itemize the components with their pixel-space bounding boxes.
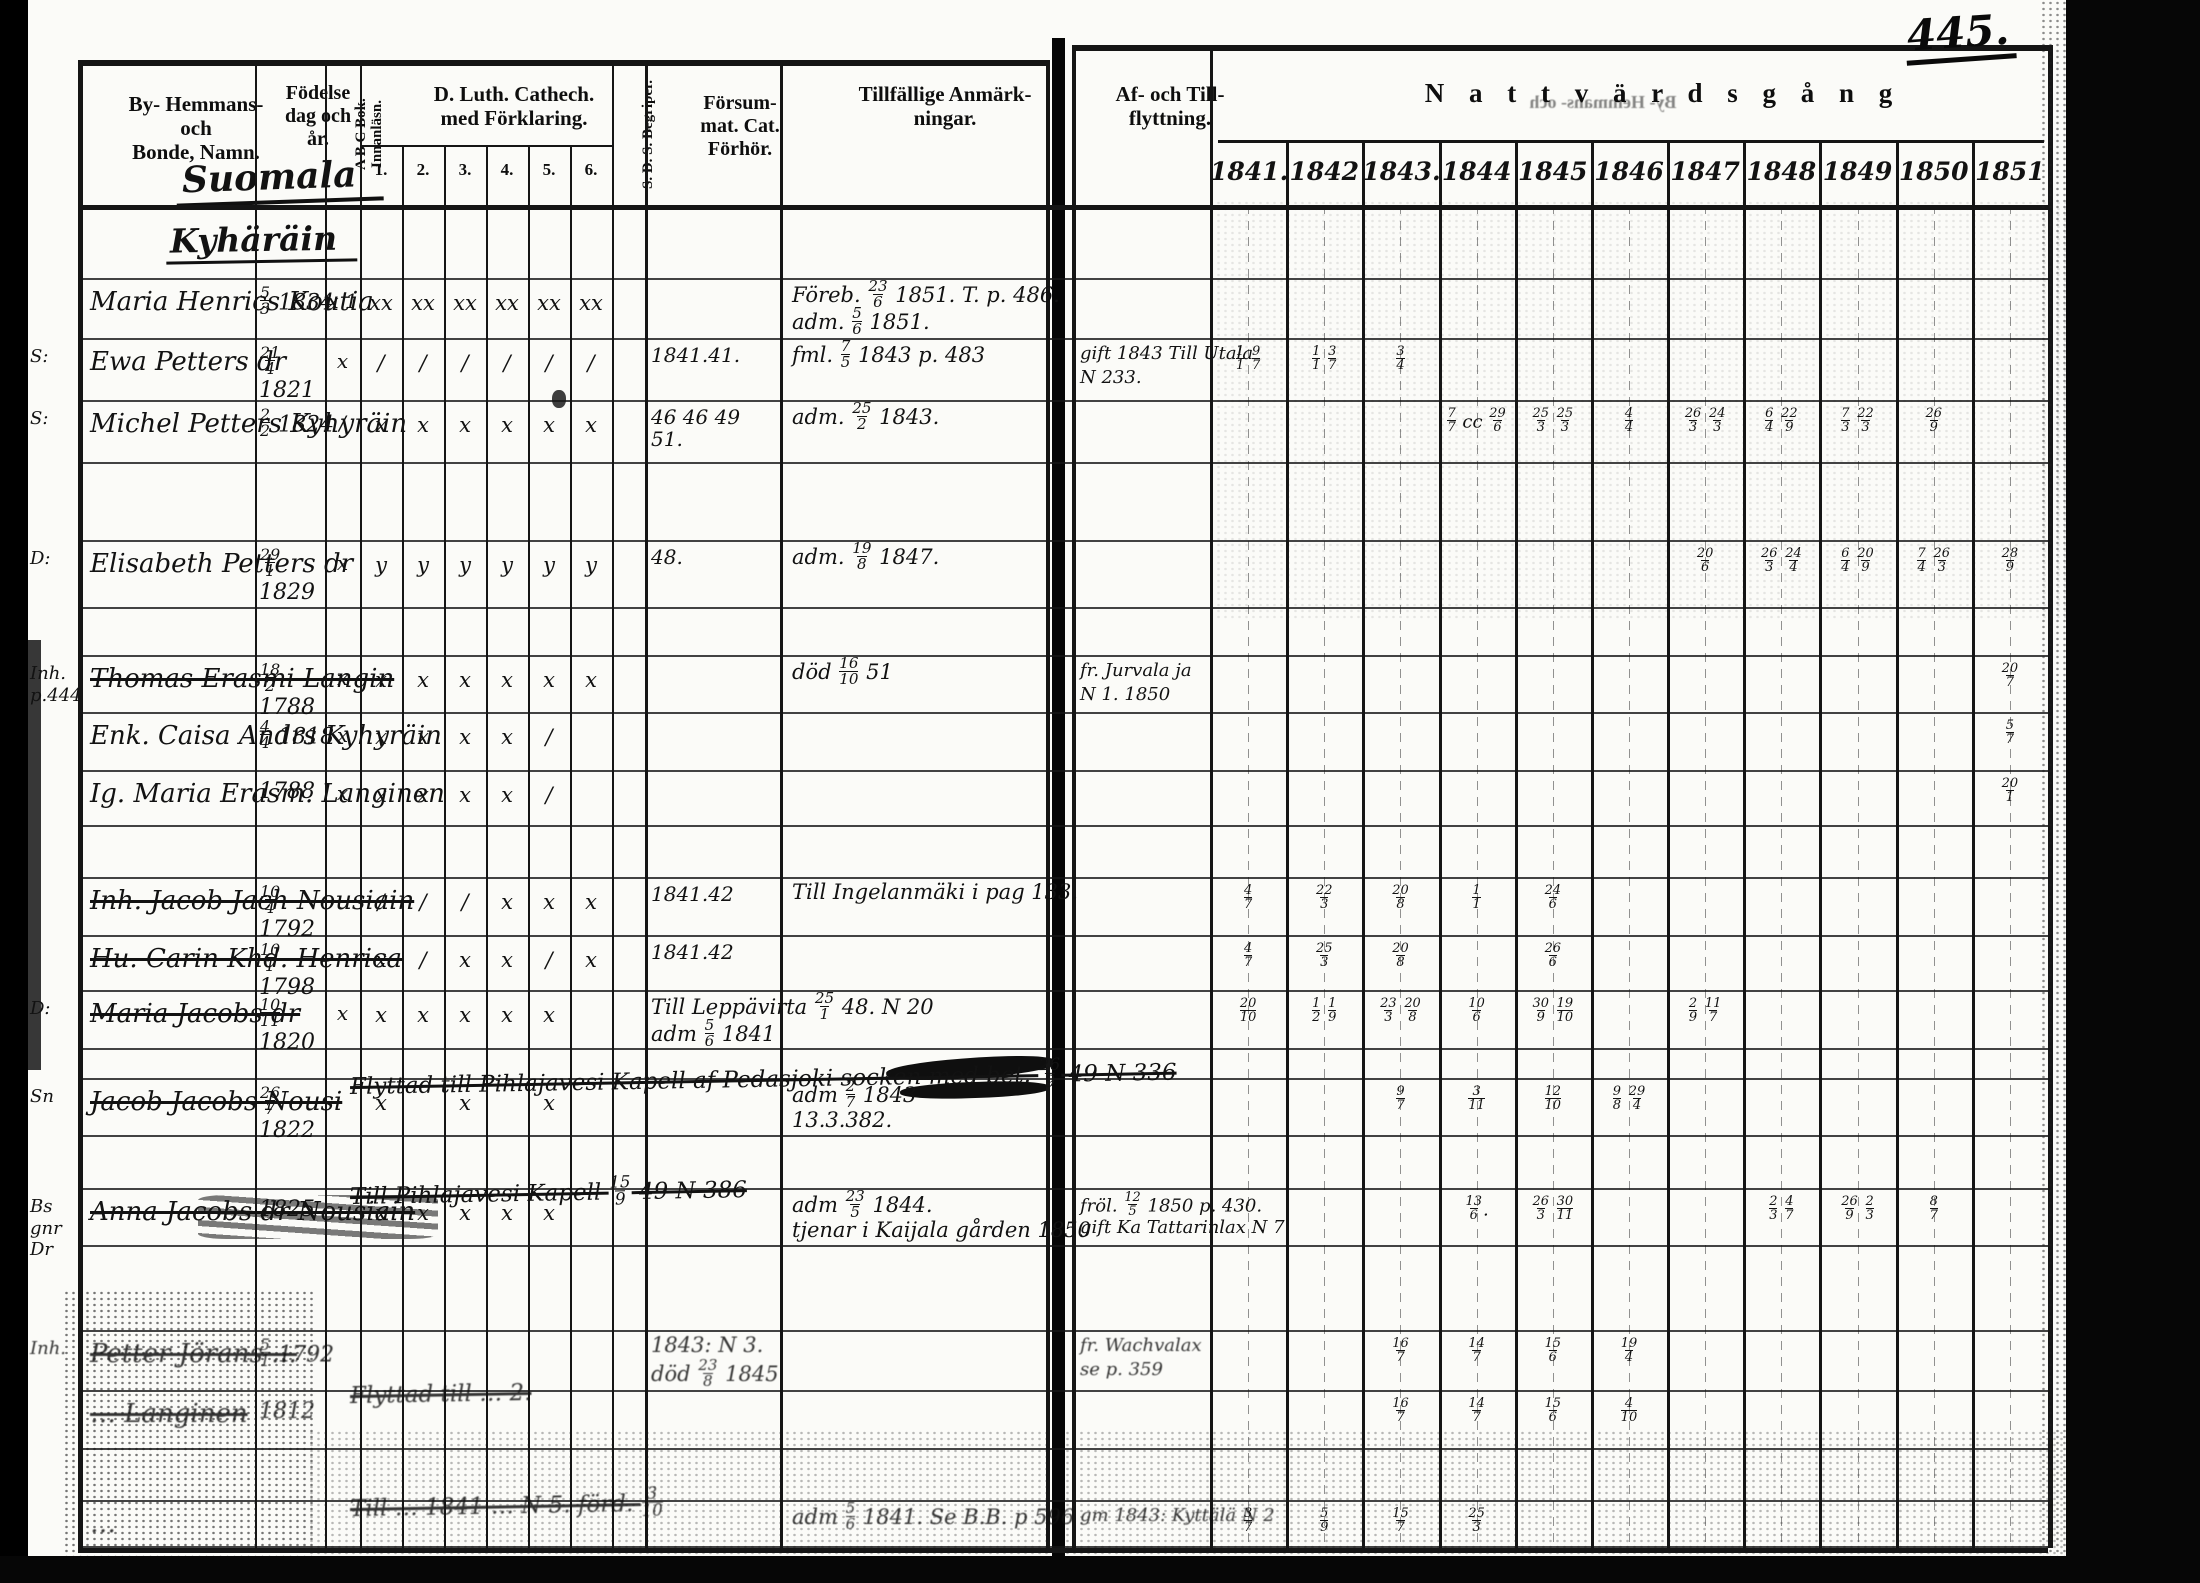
row-prefix: D: xyxy=(30,998,76,1020)
catechism-mark: y xyxy=(570,554,612,577)
row-line xyxy=(78,1135,2048,1137)
communion-date: 266 xyxy=(1517,945,1589,970)
col-header-catechism: D. Luth. Cathech. med Förklaring. xyxy=(390,82,638,130)
forsummat-entry: 1841.41. xyxy=(651,344,779,366)
catechism-mark: x xyxy=(570,891,612,914)
grid-vline xyxy=(1210,45,1213,1548)
communion-date: 156 xyxy=(1517,1400,1589,1425)
row-name: Jacob Jacobs Nousi xyxy=(90,1088,260,1117)
row-line xyxy=(78,400,2048,402)
catechism-mark: x xyxy=(444,414,486,437)
catechism-mark: x xyxy=(570,669,612,692)
communion-date: 410 xyxy=(1593,1400,1665,1425)
communion-date: 11 97 xyxy=(1212,348,1284,373)
row-line xyxy=(78,278,2048,280)
row-line xyxy=(78,338,2048,340)
communion-date: 57 xyxy=(1974,722,2046,747)
remark-line: fml. 75 1843 p. 483 xyxy=(792,342,1052,371)
grid-hline xyxy=(78,60,1050,66)
catechism-mark: x xyxy=(402,784,444,807)
grid-vline xyxy=(645,60,648,1548)
grid-vline xyxy=(780,60,783,1548)
communion-date: 29 117 xyxy=(1669,1000,1741,1025)
communion-date: 47 xyxy=(1212,887,1284,912)
catechism-mark: x xyxy=(360,784,402,807)
communion-date: 98 294 xyxy=(1593,1088,1665,1113)
catechism-mark: x xyxy=(402,414,444,437)
year-vline xyxy=(1667,140,1670,1548)
col-header-remarks: Tillfällige Anmärk- ningar. xyxy=(820,82,1070,130)
catechism-sub-label: 2. xyxy=(402,160,444,180)
migration-line: se p. 359 xyxy=(1080,1360,1212,1380)
row-birthdate: 104 1792 xyxy=(259,887,344,942)
catechism-mark: / xyxy=(528,726,570,749)
page-number: 445. xyxy=(1903,4,2017,66)
row-name: Ewa Petters dr xyxy=(90,348,260,377)
row-line xyxy=(78,655,2048,657)
year-label: 1847 xyxy=(1667,158,1743,186)
row-prefix: Bs gnrDr xyxy=(30,1196,76,1261)
catechism-mark: x xyxy=(444,726,486,749)
year-vline xyxy=(1515,140,1518,1548)
abc-mark: x xyxy=(325,724,360,746)
communion-date: 23 47 xyxy=(1745,1198,1817,1223)
grid-hline xyxy=(1072,45,2048,51)
row-line xyxy=(78,935,2048,937)
catechism-mark: x xyxy=(528,414,570,437)
binding-gutter xyxy=(1052,38,1065,1556)
catechism-sub-label: 6. xyxy=(570,160,612,180)
row-prefix: S: xyxy=(30,408,76,430)
forsummat-entry: 1841.42 xyxy=(651,941,779,963)
row-name: Anna Jacobs dr Nousiain xyxy=(90,1198,260,1227)
catechism-mark: xx xyxy=(360,292,402,315)
catechism-mark: / xyxy=(402,352,444,375)
catechism-mark: x xyxy=(570,414,612,437)
year-vline xyxy=(1591,140,1594,1548)
row-prefix: S: xyxy=(30,346,76,368)
communion-date: 64 229 xyxy=(1745,410,1817,435)
communion-date: 37 xyxy=(1212,1510,1284,1535)
catechism-mark: x xyxy=(528,891,570,914)
communion-date: 11 xyxy=(1441,887,1513,912)
catechism-sub-label: 1. xyxy=(360,160,402,180)
village-heading: Suomala xyxy=(175,154,383,207)
grid-vline xyxy=(78,60,83,1548)
communion-date: 207 xyxy=(1974,665,2046,690)
catechism-mark: x xyxy=(486,726,528,749)
remark-line: adm. 198 1847. xyxy=(792,544,1052,573)
row-name: Hu. Carin Khd. Henrica xyxy=(90,945,260,974)
family-heading: Kyhäräin xyxy=(166,220,358,265)
communion-date: 253 xyxy=(1288,945,1360,970)
migration-overwrite: Flyttad till … 2. xyxy=(350,1372,1050,1410)
migration-line: N 1. 1850 xyxy=(1080,685,1212,705)
catechism-sub-label: 3. xyxy=(444,160,486,180)
communion-date: 11 37 xyxy=(1288,348,1360,373)
col-header-forsummat: Försum- mat. Cat. Förhör. xyxy=(676,92,804,161)
year-vline xyxy=(1972,140,1975,1548)
catechism-mark: / xyxy=(444,352,486,375)
row-line xyxy=(78,825,2048,827)
communion-date: 156 xyxy=(1517,1340,1589,1365)
communion-date: 77 cc 296 xyxy=(1441,410,1513,435)
migration-line: fr. Wachvalax xyxy=(1080,1336,1212,1356)
row-prefix: Sn xyxy=(30,1086,76,1108)
abc-mark: x xyxy=(325,552,360,574)
catechism-mark: x xyxy=(486,414,528,437)
abc-mark: x xyxy=(325,782,360,804)
catechism-mark: y xyxy=(402,554,444,577)
migration-line: gift 1843 Till Utala xyxy=(1080,344,1212,364)
row-line xyxy=(78,712,2048,714)
communion-date: 73 223 xyxy=(1821,410,1893,435)
catechism-mark: x xyxy=(402,726,444,749)
catechism-mark: y xyxy=(360,554,402,577)
year-label: 1843. xyxy=(1362,158,1438,186)
communion-date: 147 xyxy=(1441,1340,1513,1365)
catechism-mark: x xyxy=(486,891,528,914)
catechism-mark: / xyxy=(402,949,444,972)
year-vline xyxy=(1896,140,1899,1548)
row-name: Ig. Maria Erasm. Langinen xyxy=(90,780,260,809)
catechism-mark: xx xyxy=(444,292,486,315)
catechism-mark: / xyxy=(444,891,486,914)
communion-date: 208 xyxy=(1364,887,1436,912)
communion-date: 167 xyxy=(1364,1400,1436,1425)
year-label: 1841. xyxy=(1210,158,1286,186)
catechism-mark: / xyxy=(528,352,570,375)
row-name: Enk. Caisa Andrs Kyhyräin xyxy=(90,722,260,751)
row-name: Petter Jörans … xyxy=(90,1340,260,1369)
scanned-parish-register: { "page_number": "445.", "header": { "na… xyxy=(0,0,2200,1583)
catechism-mark: xx xyxy=(486,292,528,315)
row-line xyxy=(78,1048,2048,1050)
communion-date: 59 xyxy=(1288,1510,1360,1535)
year-vline xyxy=(1819,140,1822,1548)
communion-date: 311 xyxy=(1441,1088,1513,1113)
row-name: … xyxy=(90,1510,260,1539)
row-line xyxy=(78,770,2048,772)
catechism-mark: x xyxy=(444,949,486,972)
grid-vline xyxy=(1072,45,1076,1548)
catechism-mark: x xyxy=(486,1004,528,1027)
catechism-mark: / xyxy=(360,352,402,375)
catechism-mark: x xyxy=(528,669,570,692)
catechism-mark: x xyxy=(402,669,444,692)
year-label: 1851 xyxy=(1972,158,2048,186)
catechism-mark: x xyxy=(360,726,402,749)
forsummat-entry: 46 46 49 51. xyxy=(651,406,779,450)
communion-date: 2010 xyxy=(1212,1000,1284,1025)
migration-line: gift Ka Tattarinlax N 7 xyxy=(1080,1218,1212,1238)
row-line xyxy=(78,1245,2048,1247)
year-label: 1849 xyxy=(1819,158,1895,186)
communion-date: 74 263 xyxy=(1898,550,1970,575)
communion-date: 136. xyxy=(1441,1198,1513,1223)
communion-date: 194 xyxy=(1593,1340,1665,1365)
catechism-mark: xx xyxy=(528,292,570,315)
communion-date: 263 244 xyxy=(1745,550,1817,575)
communion-date: 263 3011 xyxy=(1517,1198,1589,1223)
row-birthdate: 1825 xyxy=(259,1198,344,1222)
catechism-mark: x xyxy=(444,1004,486,1027)
year-vline xyxy=(1743,140,1746,1548)
grid-hline xyxy=(78,205,2048,210)
row-name: Inh. Jacob Jach Nousiain xyxy=(90,887,260,916)
catechism-mark: x xyxy=(528,1004,570,1027)
catechism-mark: x xyxy=(360,414,402,437)
row-line xyxy=(78,462,2048,464)
communion-date: 64 209 xyxy=(1821,550,1893,575)
grid-hline xyxy=(1218,140,2044,143)
col-header-migration: Af- och Till- flyttning. xyxy=(1106,82,1234,130)
catechism-mark: x xyxy=(486,784,528,807)
communion-date: 201 xyxy=(1974,780,2046,805)
communion-date: 309 1910 xyxy=(1517,1000,1589,1025)
row-name: Michel Petters Kyhyräin xyxy=(90,410,260,439)
remark-line: adm. 56 1851. xyxy=(792,309,1052,338)
bleedthrough-text: By- Hemmans- och xyxy=(1508,92,1698,113)
catechism-sub-label: 4. xyxy=(486,160,528,180)
catechism-mark: / xyxy=(570,352,612,375)
remark-line: Till Ingelanmäki i pag 133. xyxy=(792,881,1052,904)
communion-date: 12 19 xyxy=(1288,1000,1360,1025)
communion-date: 44 xyxy=(1593,410,1665,435)
communion-date: 269 xyxy=(1898,410,1970,435)
grid-hline xyxy=(360,145,612,147)
row-prefix: Inh. xyxy=(30,1338,76,1360)
remark-line: 13.3.382. xyxy=(792,1109,1052,1132)
communion-date: 253 xyxy=(1441,1510,1513,1535)
year-label: 1846 xyxy=(1591,158,1667,186)
catechism-mark: xx xyxy=(402,292,444,315)
catechism-mark: / xyxy=(486,352,528,375)
year-label: 1844 xyxy=(1439,158,1515,186)
row-birthdate: 51 1792 xyxy=(259,1340,344,1371)
row-line xyxy=(78,1546,2048,1548)
abc-mark: x xyxy=(325,350,360,372)
catechism-mark: / xyxy=(528,784,570,807)
catechism-mark: y xyxy=(528,554,570,577)
remark-line: tjenar i Kaijala gården 1850 xyxy=(792,1219,1052,1242)
communion-date: 263 243 xyxy=(1669,410,1741,435)
migration-line: N 233. xyxy=(1080,368,1212,388)
scan-edge-right xyxy=(2066,0,2200,1583)
migration-line: fr. Jurvala ja xyxy=(1080,661,1212,681)
remark-line: adm. 252 1843. xyxy=(792,404,1052,433)
abc-mark: x xyxy=(325,1002,360,1024)
remark-line: Föreb. 236 1851. T. p. 486. xyxy=(792,282,1052,311)
row-line xyxy=(78,540,2048,542)
catechism-mark: x xyxy=(444,784,486,807)
year-label: 1842 xyxy=(1286,158,1362,186)
catechism-mark: x xyxy=(444,669,486,692)
catechism-mark: xx xyxy=(570,292,612,315)
abc-mark: / xyxy=(325,412,360,434)
row-name: Thomas Erasmi Langin xyxy=(90,665,260,694)
catechism-mark: / xyxy=(528,949,570,972)
year-vline xyxy=(1439,140,1442,1548)
row-line xyxy=(78,877,2048,879)
communion-date: 289 xyxy=(1974,550,2046,575)
forsummat-entry: 1841.42 xyxy=(651,883,779,905)
communion-date: 147 xyxy=(1441,1400,1513,1425)
communion-date: 97 xyxy=(1364,1088,1436,1113)
communion-date: 1210 xyxy=(1517,1088,1589,1113)
catechism-mark: y xyxy=(486,554,528,577)
migration-line: fröl. 125 1850 p. 430. xyxy=(1080,1194,1212,1219)
row-name: Maria Henrics Koutia xyxy=(90,288,260,317)
catechism-sub-label: 5. xyxy=(528,160,570,180)
communion-date: 233 208 xyxy=(1364,1000,1436,1025)
communion-date: 206 xyxy=(1669,550,1741,575)
catechism-mark: x xyxy=(360,669,402,692)
communion-date: 157 xyxy=(1364,1510,1436,1535)
row-birthdate: 101 1798 xyxy=(259,945,344,1000)
communion-date: 253 253 xyxy=(1517,410,1589,435)
year-label: 1850 xyxy=(1896,158,1972,186)
year-label: 1848 xyxy=(1743,158,1819,186)
catechism-mark: x xyxy=(402,1004,444,1027)
grid-hline xyxy=(78,1548,2048,1553)
communion-date: 47 xyxy=(1212,945,1284,970)
row-name: Maria Jacobs dr xyxy=(90,1000,260,1029)
remark-line: 1843: N 3. xyxy=(651,1334,1041,1357)
communion-date: 208 xyxy=(1364,945,1436,970)
row-name: … Langinen xyxy=(90,1400,260,1429)
communion-date: 269 23 xyxy=(1821,1198,1893,1223)
remark-line: adm 56 1841 xyxy=(651,1021,1041,1050)
forsummat-entry: 48. xyxy=(651,546,779,568)
catechism-mark: / xyxy=(402,891,444,914)
scan-edge-right-speckle xyxy=(2040,0,2070,1556)
row-prefix: Inh.p.444 xyxy=(30,663,76,706)
communion-date: 87 xyxy=(1898,1198,1970,1223)
abc-mark: x 1 xyxy=(325,290,360,312)
catechism-mark: x xyxy=(486,669,528,692)
communion-date: 246 xyxy=(1517,887,1589,912)
row-name: Elisabeth Petters dr xyxy=(90,550,260,579)
migration-line: gm 1843: Kyttälä N 2 xyxy=(1080,1506,1212,1526)
grid-vline xyxy=(612,60,614,1548)
communion-date: 223 xyxy=(1288,887,1360,912)
col-header-birth: Födelse dag och år. xyxy=(283,82,353,151)
scan-edge-bottom xyxy=(0,1556,2200,1583)
communion-date: 34 xyxy=(1364,348,1436,373)
communion-date: 167 xyxy=(1364,1340,1436,1365)
row-line xyxy=(78,990,2048,992)
year-label: 1845 xyxy=(1515,158,1591,186)
catechism-mark: x xyxy=(486,949,528,972)
catechism-mark: / xyxy=(360,891,402,914)
catechism-mark: x xyxy=(360,949,402,972)
row-line xyxy=(78,607,2048,609)
catechism-mark: y xyxy=(444,554,486,577)
communion-date: 106 xyxy=(1441,1000,1513,1025)
abc-mark: x xyxy=(325,667,360,689)
row-prefix: D: xyxy=(30,548,76,570)
row-line xyxy=(78,1330,2048,1332)
row-birthdate: 267 1822 xyxy=(259,1088,344,1143)
catechism-mark: x xyxy=(360,1004,402,1027)
page-sheet: By- Hemmans- och Bonde, Namn. Födelse da… xyxy=(28,0,2066,1556)
ink-dot xyxy=(552,390,566,408)
row-birthdate: 1812 xyxy=(259,1400,344,1424)
remark-line: död 1610 51 xyxy=(792,659,1052,688)
catechism-mark: x xyxy=(570,949,612,972)
row-line xyxy=(78,1448,2048,1450)
